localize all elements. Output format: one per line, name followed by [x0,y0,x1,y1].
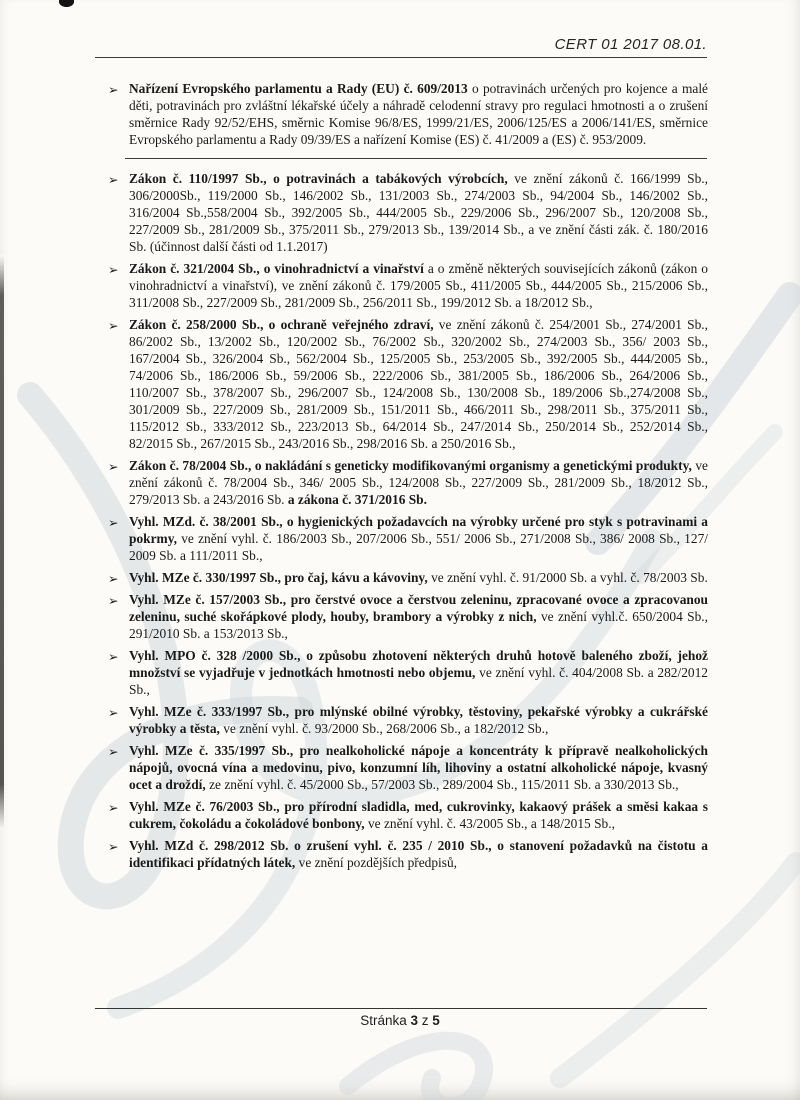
arrow-bullet-icon: ➢ [108,81,118,98]
list-item-text: Vyhl. MZe č. 157/2003 Sb., pro čerstvé o… [129,591,708,642]
arrow-bullet-icon: ➢ [108,799,118,816]
header-rule [95,57,707,58]
page-number-separator: z [418,1013,432,1028]
scan-edge-artifact [0,255,4,830]
arrow-bullet-icon: ➢ [108,743,118,760]
list-item: ➢Zákon č. 321/2004 Sb., o vinohradnictví… [95,260,708,311]
arrow-bullet-icon: ➢ [108,514,118,531]
list-item: ➢Vyhl. MZd. č. 38/2001 Sb., o hygienický… [95,513,708,564]
page-number: Stránka 3 z 5 [0,1013,800,1028]
list-item-text: Zákon č. 110/1997 Sb., o potravinách a t… [129,170,708,255]
list-item: ➢Vyhl. MZe č. 76/2003 Sb., pro přírodní … [95,798,708,832]
page-number-label: Stránka [360,1013,410,1028]
arrow-bullet-icon: ➢ [108,261,118,278]
list-item-text: Vyhl. MZe č. 330/1997 Sb., pro čaj, kávu… [129,569,708,586]
list-item: ➢Vyhl. MZe č. 330/1997 Sb., pro čaj, káv… [95,569,708,586]
list-item: ➢Nařízení Evropského parlamentu a Rady (… [95,80,708,148]
list-item-text: Vyhl. MZe č. 335/1997 Sb., pro nealkohol… [129,742,708,793]
list-item-text: Vyhl. MZd č. 298/2012 Sb. o zrušení vyhl… [129,837,708,871]
document-page: CERT 01 2017 08.01. ➢Nařízení Evropského… [0,0,800,1100]
arrow-bullet-icon: ➢ [108,592,118,609]
list-item: ➢Vyhl. MZe č. 157/2003 Sb., pro čerstvé … [95,591,708,642]
list-item-text: Vyhl. MZd. č. 38/2001 Sb., o hygienickýc… [129,513,708,564]
arrow-bullet-icon: ➢ [108,570,118,587]
list-item-text: Zákon č. 258/2000 Sb., o ochraně veřejné… [129,316,708,452]
legislation-list: ➢Nařízení Evropského parlamentu a Rady (… [95,80,708,876]
arrow-bullet-icon: ➢ [108,317,118,334]
arrow-bullet-icon: ➢ [108,458,118,475]
arrow-bullet-icon: ➢ [108,838,118,855]
footer-rule [95,1008,707,1009]
list-item-text: Nařízení Evropského parlamentu a Rady (E… [129,80,708,148]
list-item-text: Zákon č. 321/2004 Sb., o vinohradnictví … [129,260,708,311]
list-item: ➢Zákon č. 110/1997 Sb., o potravinách a … [95,170,708,255]
list-item-text: Vyhl. MZe č. 76/2003 Sb., pro přírodní s… [129,798,708,832]
list-item: ➢Vyhl. MPO č. 328 /2000 Sb., o způsobu z… [95,647,708,698]
list-item: ➢Vyhl. MZd č. 298/2012 Sb. o zrušení vyh… [95,837,708,871]
page-number-total: 5 [432,1013,440,1028]
section-divider [125,158,707,159]
list-item-text: Vyhl. MZe č. 333/1997 Sb., pro mlýnské o… [129,703,708,737]
list-item: ➢Vyhl. MZe č. 335/1997 Sb., pro nealkoho… [95,742,708,793]
list-item: ➢Zákon č. 78/2004 Sb., o nakládání s gen… [95,457,708,508]
list-item: ➢Vyhl. MZe č. 333/1997 Sb., pro mlýnské … [95,703,708,737]
arrow-bullet-icon: ➢ [108,171,118,188]
header-doc-code: CERT 01 2017 08.01. [555,36,707,53]
list-item: ➢Zákon č. 258/2000 Sb., o ochraně veřejn… [95,316,708,452]
list-item-text: Zákon č. 78/2004 Sb., o nakládání s gene… [129,457,708,508]
page-number-current: 3 [410,1013,418,1028]
list-item-text: Vyhl. MPO č. 328 /2000 Sb., o způsobu zh… [129,647,708,698]
arrow-bullet-icon: ➢ [108,648,118,665]
arrow-bullet-icon: ➢ [108,704,118,721]
